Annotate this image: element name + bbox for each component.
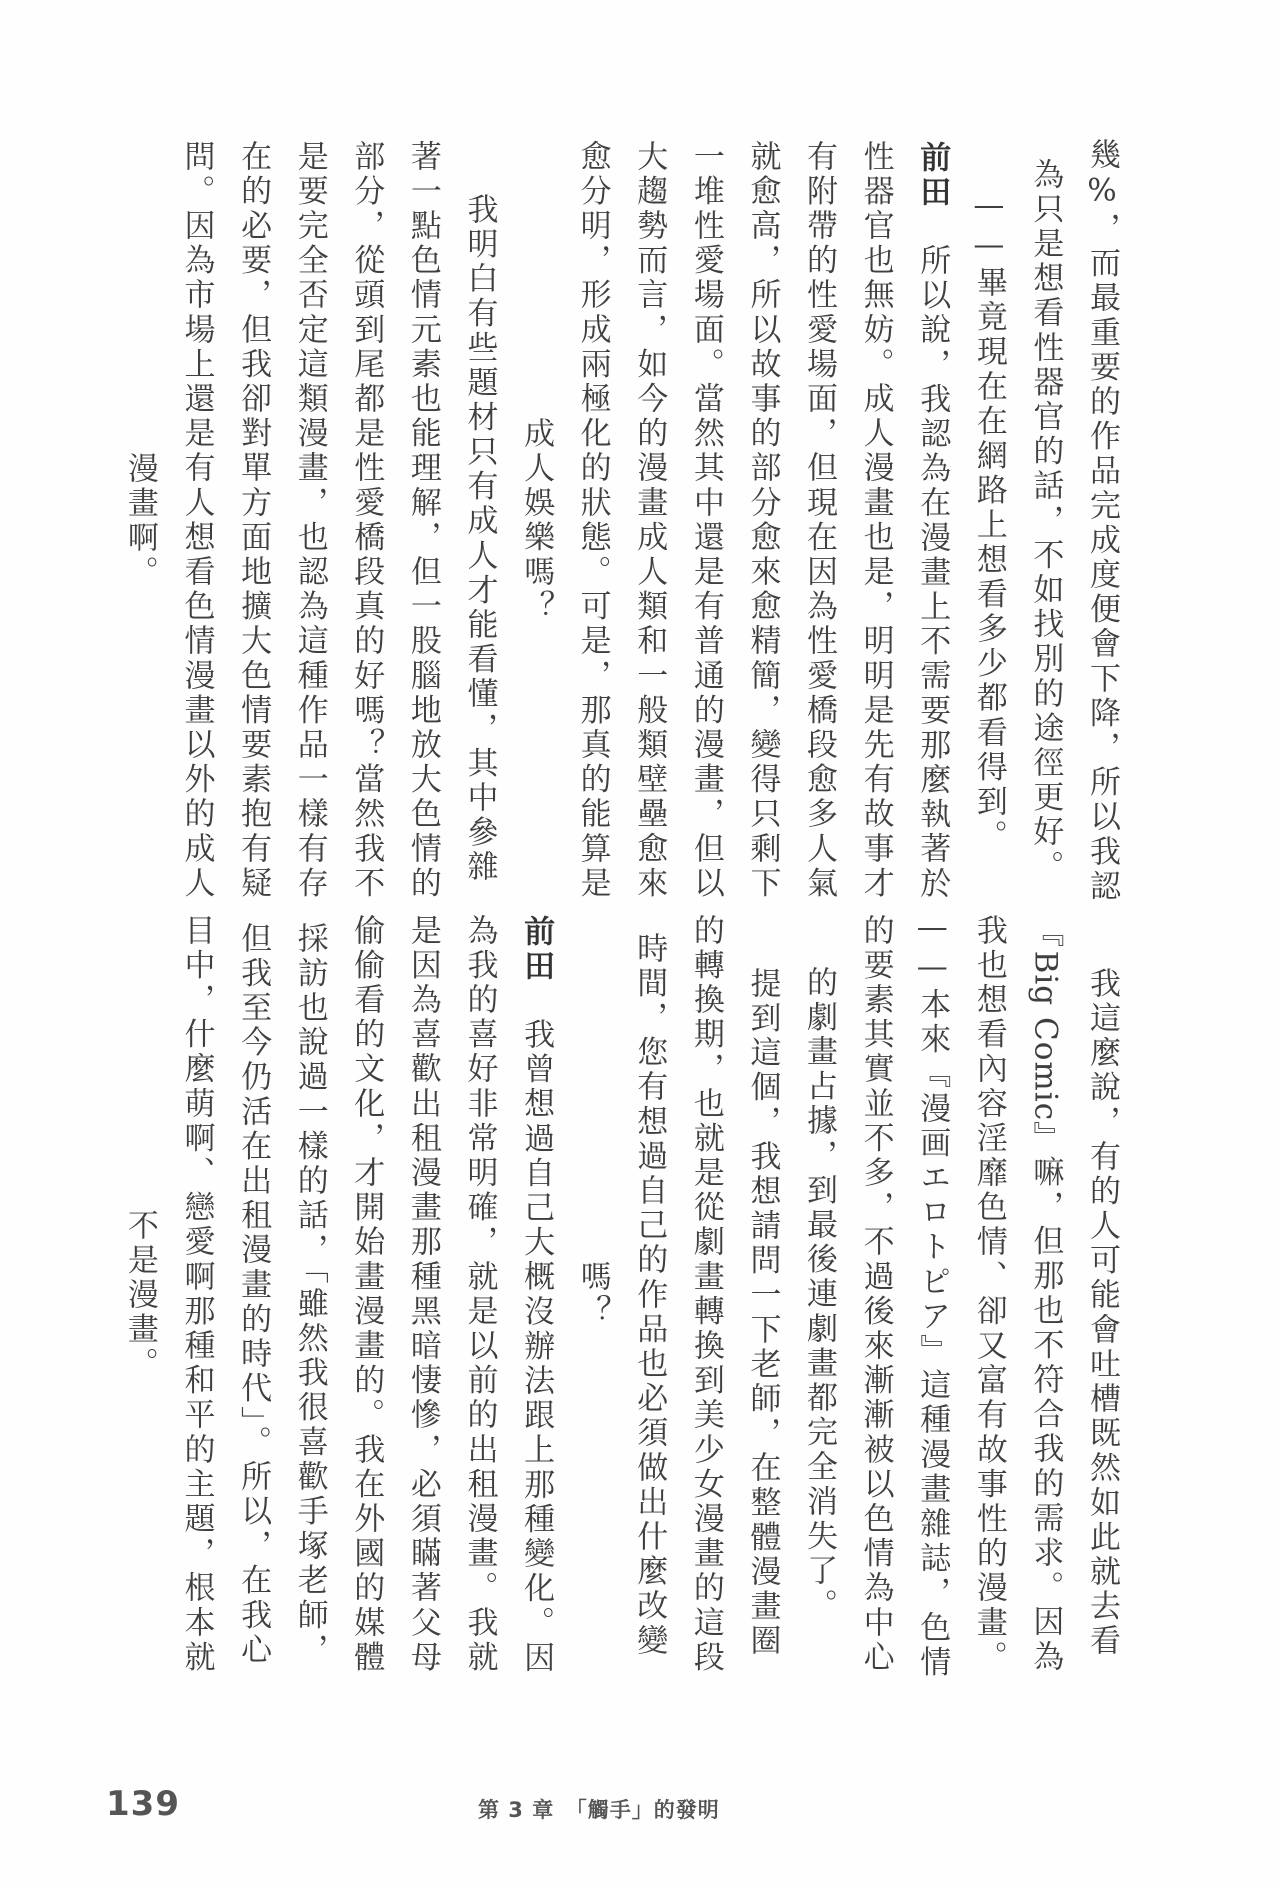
text-column: 採訪也說過一樣的話，「雖然我很喜歡手塚老師，: [281, 940, 338, 1650]
column-line: 是要完全否定這類漫畫，也認為這種作品一樣有存: [281, 140, 338, 901]
book-page: 幾%，而最重要的作品完成度便會下降，所以我認為只是想看性器官的話，不如找別的途徑…: [0, 0, 1280, 1888]
column-line: ——本來『漫画エロトピア』這種漫畫雜誌，色情: [904, 909, 961, 1680]
column-line: 成人娛樂嗎？: [507, 417, 564, 625]
text-column: 不是漫畫。: [111, 940, 168, 1650]
column-text: 採訪也說過一樣的話，「雖然我很喜歡手塚老師，: [292, 922, 328, 1668]
text-column: 是因為喜歡出租漫畫那種黑暗悽慘，必須瞞著父母: [394, 940, 451, 1650]
column-text: 嗎？: [575, 1260, 611, 1329]
column-text: 為我的喜好非常明確，就是以前的出租漫畫。我就: [461, 914, 497, 1675]
text-column: 愈分明，形成兩極化的狀態。可是，那真的能算是: [564, 166, 621, 876]
text-column: ——本來『漫画エロトピア』這種漫畫雜誌，色情: [904, 940, 961, 1650]
text-column: 漫畫啊。: [111, 166, 168, 876]
column-text: ——本來『漫画エロトピア』這種漫畫雜誌，色情: [914, 909, 950, 1680]
column-text: 愈分明，形成兩極化的狀態。可是，那真的能算是: [575, 140, 611, 901]
text-column: 的劇畫占據，到最後連劇畫都完全消失了。: [790, 940, 847, 1650]
text-column: 提到這個，我想請問一下老師，在整體漫畫圈: [734, 940, 791, 1650]
text-column: 在的必要，但我卻對單方面地擴大色情要素抱有疑: [225, 166, 282, 876]
lower-text-block: 我這麼說，有的人可能會吐槽既然如此就去看『Big Comic』嘛，但那也不符合我…: [110, 940, 1130, 1650]
column-line: 『Big Comic』嘛，但那也不符合我的需求。因為: [1017, 916, 1074, 1675]
column-text: 大趨勢而言，如今的漫畫成人類和一般類壁壘愈來: [631, 140, 667, 901]
column-text: 我明白有些題材只有成人才能看懂，其中參雜: [461, 193, 497, 885]
text-column: 著一點色情元素也能理解，但一股腦地放大色情的: [394, 166, 451, 876]
column-line: 前田我曾想過自己大概沒辦法跟上那種變化。因: [507, 915, 564, 1676]
text-column: 前田我曾想過自己大概沒辦法跟上那種變化。因: [507, 940, 564, 1650]
column-text: 性器官也無妨。成人漫畫也是，明明是先有故事才: [858, 140, 894, 901]
text-column: 我也想看內容淫靡色情、卻又富有故事性的漫畫。: [960, 940, 1017, 1650]
column-text: 問。因為市場上還是有人想看色情漫畫以外的成人: [179, 140, 215, 901]
page-number: 139: [106, 1784, 180, 1824]
column-line: 我這麼說，有的人可能會吐槽既然如此就去看: [1073, 932, 1130, 1659]
column-line: 為我的喜好非常明確，就是以前的出租漫畫。我就: [451, 914, 508, 1675]
column-line: 時間，您有想過自己的作品也必須做出什麼改變: [621, 932, 678, 1659]
column-text: 的要素其實並不多，不過後來漸漸被以色情為中心: [858, 914, 894, 1675]
column-line: 我明白有些題材只有成人才能看懂，其中參雜: [451, 158, 508, 885]
text-column: 我這麼說，有的人可能會吐槽既然如此就去看: [1073, 940, 1130, 1650]
column-text: 我曾想過自己大概沒辦法跟上那種變化。因: [518, 1018, 554, 1675]
text-column: 但我至今仍活在出租漫畫的時代」。所以，在我心: [225, 940, 282, 1650]
column-text: 的劇畫占據，到最後連劇畫都完全消失了。: [801, 966, 837, 1623]
text-column: 時間，您有想過自己的作品也必須做出什麼改變: [621, 940, 678, 1650]
column-text: 為只是想看性器官的話，不如找別的途徑更好。: [1027, 158, 1063, 885]
text-column: 前田所以說，我認為在漫畫上不需要那麼執著於: [904, 166, 961, 876]
text-column: 就愈高，所以故事的部分愈來愈精簡，變得只剩下: [734, 166, 791, 876]
column-line: 前田所以說，我認為在漫畫上不需要那麼執著於: [904, 141, 961, 902]
column-text: 我也想看內容淫靡色情、卻又富有故事性的漫畫。: [971, 914, 1007, 1675]
column-line: ——畢竟現在在網路上想看多少都看得到。: [960, 187, 1017, 854]
column-text: 一堆性愛場面。當然其中還是有普通的漫畫，但以: [688, 140, 724, 901]
column-text: 是要完全否定這類漫畫，也認為這種作品一樣有存: [292, 140, 328, 901]
column-text: 『Big Comic』嘛，但那也不符合我的需求。因為: [1027, 916, 1063, 1675]
column-line: 採訪也說過一樣的話，「雖然我很喜歡手塚老師，: [281, 922, 338, 1668]
text-column: 偷偷看的文化，才開始畫漫畫的。我在外國的媒體: [338, 940, 395, 1650]
column-line: 但我至今仍活在出租漫畫的時代」。所以，在我心: [225, 922, 282, 1668]
column-line: 的要素其實並不多，不過後來漸漸被以色情為中心: [847, 914, 904, 1675]
column-text: 不是漫畫。: [122, 1209, 158, 1382]
column-text: 部分，從頭到尾都是性愛橋段真的好嗎？當然我不: [348, 140, 384, 901]
column-line: 的轉換期，也就是從劇畫轉換到美少女漫畫的這段: [677, 914, 734, 1675]
column-text: 但我至今仍活在出租漫畫的時代」。所以，在我心: [235, 922, 271, 1668]
column-line: 性器官也無妨。成人漫畫也是，明明是先有故事才: [847, 140, 904, 901]
column-text: 我這麼說，有的人可能會吐槽既然如此就去看: [1084, 967, 1120, 1659]
column-line: 部分，從頭到尾都是性愛橋段真的好嗎？當然我不: [338, 140, 395, 901]
speaker-label: 前田: [914, 141, 950, 210]
text-column: 有附帶的性愛場面，但現在因為性愛橋段愈多人氣: [790, 166, 847, 876]
text-column: 大趨勢而言，如今的漫畫成人類和一般類壁壘愈來: [621, 166, 678, 876]
text-column: 的要素其實並不多，不過後來漸漸被以色情為中心: [847, 940, 904, 1650]
text-column: 性器官也無妨。成人漫畫也是，明明是先有故事才: [847, 166, 904, 876]
column-line: 偷偷看的文化，才開始畫漫畫的。我在外國的媒體: [338, 914, 395, 1675]
text-column: 是要完全否定這類漫畫，也認為這種作品一樣有存: [281, 166, 338, 876]
column-line: 一堆性愛場面。當然其中還是有普通的漫畫，但以: [677, 140, 734, 901]
column-text: 有附帶的性愛場面，但現在因為性愛橋段愈多人氣: [801, 140, 837, 901]
running-chapter-title: 第 3 章 「觸手」的發明: [478, 1794, 720, 1824]
latin-run: Big Comic: [1027, 950, 1063, 1120]
column-line: 有附帶的性愛場面，但現在因為性愛橋段愈多人氣: [790, 140, 847, 901]
column-line: 的劇畫占據，到最後連劇畫都完全消失了。: [790, 966, 847, 1623]
column-line: 我也想看內容淫靡色情、卻又富有故事性的漫畫。: [960, 914, 1017, 1675]
text-column: 我明白有些題材只有成人才能看懂，其中參雜: [451, 166, 508, 876]
text-column: 一堆性愛場面。當然其中還是有普通的漫畫，但以: [677, 166, 734, 876]
speaker-label: 前田: [518, 915, 554, 984]
upper-text-block: 幾%，而最重要的作品完成度便會下降，所以我認為只是想看性器官的話，不如找別的途徑…: [110, 166, 1130, 876]
column-text: ——畢竟現在在網路上想看多少都看得到。: [971, 187, 1007, 854]
text-column: 幾%，而最重要的作品完成度便會下降，所以我認: [1073, 166, 1130, 876]
text-column: 為只是想看性器官的話，不如找別的途徑更好。: [1017, 166, 1074, 876]
column-line: 在的必要，但我卻對單方面地擴大色情要素抱有疑: [225, 140, 282, 901]
column-text: 幾%，而最重要的作品完成度便會下降，所以我認: [1084, 138, 1120, 904]
text-column: 『Big Comic』嘛，但那也不符合我的需求。因為: [1017, 940, 1074, 1650]
column-line: 幾%，而最重要的作品完成度便會下降，所以我認: [1073, 138, 1130, 904]
column-text: 時間，您有想過自己的作品也必須做出什麼改變: [631, 932, 667, 1659]
text-column: 目中，什麼萌啊、戀愛啊那種和平的主題，根本就: [168, 940, 225, 1650]
column-line: 不是漫畫。: [111, 1209, 168, 1382]
column-line: 嗎？: [564, 1260, 621, 1329]
column-line: 就愈高，所以故事的部分愈來愈精簡，變得只剩下: [734, 140, 791, 901]
column-line: 為只是想看性器官的話，不如找別的途徑更好。: [1017, 158, 1074, 885]
column-text: 成人娛樂嗎？: [518, 417, 554, 625]
column-line: 愈分明，形成兩極化的狀態。可是，那真的能算是: [564, 140, 621, 901]
column-line: 著一點色情元素也能理解，但一股腦地放大色情的: [394, 140, 451, 901]
column-text: 就愈高，所以故事的部分愈來愈精簡，變得只剩下: [744, 140, 780, 901]
column-line: 大趨勢而言，如今的漫畫成人類和一般類壁壘愈來: [621, 140, 678, 901]
column-text: 在的必要，但我卻對單方面地擴大色情要素抱有疑: [235, 140, 271, 901]
column-text: 提到這個，我想請問一下老師，在整體漫畫圈: [744, 967, 780, 1659]
column-line: 漫畫啊。: [111, 452, 168, 590]
text-column: 的轉換期，也就是從劇畫轉換到美少女漫畫的這段: [677, 940, 734, 1650]
column-line: 提到這個，我想請問一下老師，在整體漫畫圈: [734, 932, 791, 1659]
column-text: 的轉換期，也就是從劇畫轉換到美少女漫畫的這段: [688, 914, 724, 1675]
text-column: 成人娛樂嗎？: [507, 166, 564, 876]
text-column: 部分，從頭到尾都是性愛橋段真的好嗎？當然我不: [338, 166, 395, 876]
column-line: 是因為喜歡出租漫畫那種黑暗悽慘，必須瞞著父母: [394, 914, 451, 1675]
text-column: 問。因為市場上還是有人想看色情漫畫以外的成人: [168, 166, 225, 876]
text-column: 為我的喜好非常明確，就是以前的出租漫畫。我就: [451, 940, 508, 1650]
column-text: 偷偷看的文化，才開始畫漫畫的。我在外國的媒體: [348, 914, 384, 1675]
column-line: 目中，什麼萌啊、戀愛啊那種和平的主題，根本就: [168, 914, 225, 1675]
column-text: 所以說，我認為在漫畫上不需要那麼執著於: [914, 244, 950, 901]
column-text: 著一點色情元素也能理解，但一股腦地放大色情的: [405, 140, 441, 901]
text-column: ——畢竟現在在網路上想看多少都看得到。: [960, 166, 1017, 876]
column-line: 問。因為市場上還是有人想看色情漫畫以外的成人: [168, 140, 225, 901]
column-text: 是因為喜歡出租漫畫那種黑暗悽慘，必須瞞著父母: [405, 914, 441, 1675]
column-text: 漫畫啊。: [122, 452, 158, 590]
column-text: 目中，什麼萌啊、戀愛啊那種和平的主題，根本就: [179, 914, 215, 1675]
text-column: 嗎？: [564, 940, 621, 1650]
page-footer: 139 第 3 章 「觸手」的發明: [0, 1784, 1280, 1824]
